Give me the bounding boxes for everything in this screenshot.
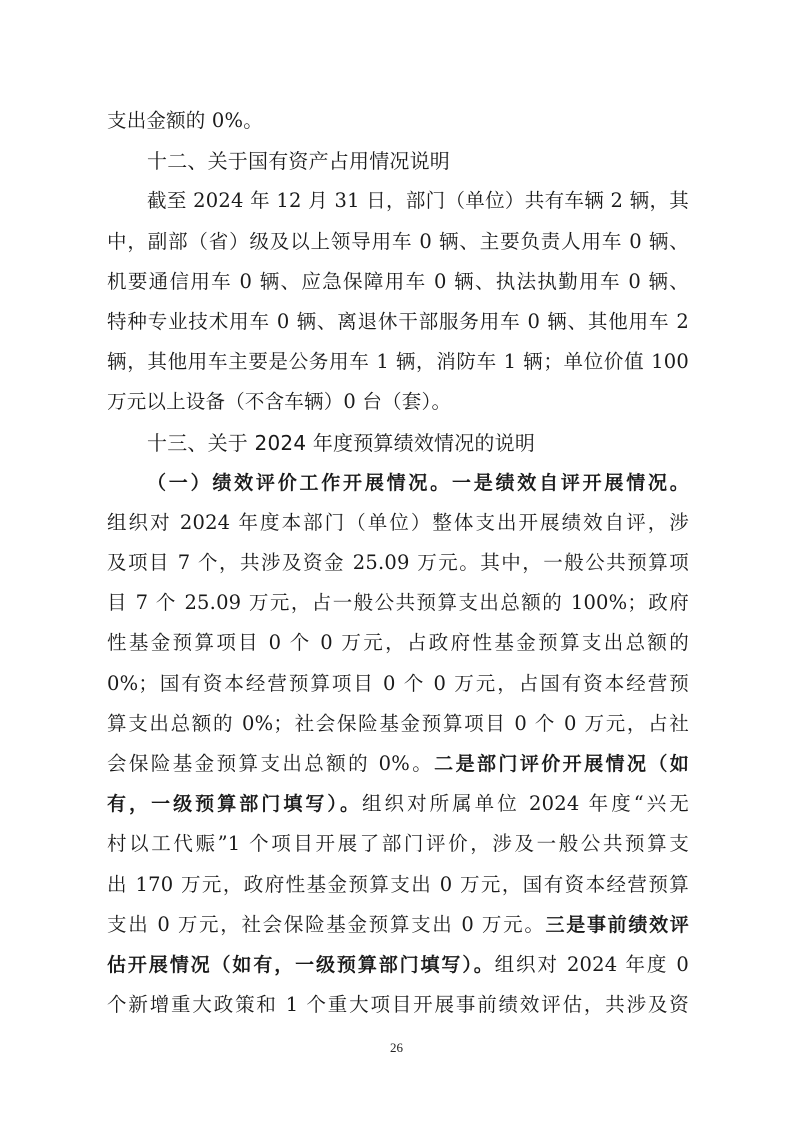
text: 组织对 2024 年度本部门（单位）整体支出开展绩效自评，涉 [107, 511, 689, 534]
paragraph-line: 组织对 2024 年度本部门（单位）整体支出开展绩效自评，涉 [107, 503, 689, 543]
bold-text: 估开展情况（如有，一级预算部门填写）。 [107, 954, 495, 976]
paragraph-line: 村以工代赈”1 个项目开展了部门评价，涉及一般公共预算支 [107, 824, 689, 864]
page-number: 26 [0, 1040, 793, 1056]
paragraph-line: （一）绩效评价工作开展情况。一是绩效自评开展情况。 [107, 463, 689, 503]
paragraph-line: 会保险基金预算支出总额的 0%。二是部门评价开展情况（如 [107, 744, 689, 784]
paragraph-line: 辆，其他用车主要是公务用车 1 辆，消防车 1 辆；单位价值 100 [107, 342, 689, 382]
text: 组织对所属单位 2024 年度“兴无 [362, 792, 689, 815]
paragraph-line: 0%；国有资本经营预算项目 0 个 0 万元，占国有资本经营预 [107, 664, 689, 704]
paragraph-line: 目 7 个 25.09 万元，占一般公共预算支出总额的 100%；政府 [107, 583, 689, 623]
text: 中，副部（省）级及以上领导用车 0 辆、主要负责人用车 0 辆、 [107, 230, 689, 253]
text: 会保险基金预算支出总额的 0%。 [107, 752, 434, 775]
text: 算支出总额的 0%；社会保险基金预算项目 0 个 0 万元，占社 [107, 712, 689, 735]
paragraph-line: 算支出总额的 0%；社会保险基金预算项目 0 个 0 万元，占社 [107, 704, 689, 744]
paragraph-line: 出 170 万元，政府性基金预算支出 0 万元，国有资本经营预算 [107, 865, 689, 905]
text: 支出 0 万元，社会保险基金预算支出 0 万元。 [107, 913, 546, 936]
paragraph-line: 及项目 7 个，共涉及资金 25.09 万元。其中，一般公共预算项 [107, 543, 689, 583]
paragraph-line: 性基金预算项目 0 个 0 万元，占政府性基金预算支出总额的 [107, 623, 689, 663]
text: 特种专业技术用车 0 辆、离退休干部服务用车 0 辆、其他用车 2 [107, 310, 689, 333]
text: 个新增重大政策和 1 个重大项目开展事前绩效评估，共涉及资 [107, 993, 689, 1016]
section-heading: 十二、关于国有资产占用情况说明 [107, 141, 689, 181]
paragraph-line: 中，副部（省）级及以上领导用车 0 辆、主要负责人用车 0 辆、 [107, 222, 689, 262]
paragraph-line: 特种专业技术用车 0 辆、离退休干部服务用车 0 辆、其他用车 2 [107, 302, 689, 342]
text: 截至 2024 年 12 月 31 日，部门（单位）共有车辆 2 辆，其 [147, 189, 689, 212]
bold-text: （一）绩效评价工作开展情况。一是绩效自评开展情况。 [147, 472, 689, 494]
text: 0%；国有资本经营预算项目 0 个 0 万元，占国有资本经营预 [107, 672, 689, 695]
text: 十三、关于 2024 年度预算绩效情况的说明 [147, 431, 535, 455]
paragraph-line: 截至 2024 年 12 月 31 日，部门（单位）共有车辆 2 辆，其 [107, 181, 689, 221]
paragraph-line: 估开展情况（如有，一级预算部门填写）。组织对 2024 年度 0 [107, 945, 689, 985]
bold-text: 三是事前绩效评 [546, 914, 689, 936]
paragraph-line: 个新增重大政策和 1 个重大项目开展事前绩效评估，共涉及资 [107, 985, 689, 1025]
paragraph-line: 支出金额的 0%。 [107, 101, 689, 141]
text: 万元以上设备（不含车辆）0 台（套）。 [107, 390, 451, 413]
document-body: 支出金额的 0%。十二、关于国有资产占用情况说明截至 2024 年 12 月 3… [107, 101, 689, 1025]
paragraph-line: 有，一级预算部门填写）。组织对所属单位 2024 年度“兴无 [107, 784, 689, 824]
text: 十二、关于国有资产占用情况说明 [147, 149, 450, 173]
bold-text: 有，一级预算部门填写）。 [107, 793, 362, 815]
paragraph-line: 机要通信用车 0 辆、应急保障用车 0 辆、执法执勤用车 0 辆、 [107, 262, 689, 302]
paragraph-line: 支出 0 万元，社会保险基金预算支出 0 万元。三是事前绩效评 [107, 905, 689, 945]
text: 辆，其他用车主要是公务用车 1 辆，消防车 1 辆；单位价值 100 [107, 350, 689, 373]
text: 组织对 2024 年度 0 [495, 953, 689, 976]
text: 及项目 7 个，共涉及资金 25.09 万元。其中，一般公共预算项 [107, 551, 689, 574]
text: 性基金预算项目 0 个 0 万元，占政府性基金预算支出总额的 [107, 631, 689, 654]
text: 机要通信用车 0 辆、应急保障用车 0 辆、执法执勤用车 0 辆、 [107, 270, 689, 293]
text: 出 170 万元，政府性基金预算支出 0 万元，国有资本经营预算 [107, 873, 689, 896]
bold-text: 二是部门评价开展情况（如 [434, 753, 689, 775]
text: 支出金额的 0%。 [107, 109, 263, 132]
section-heading: 十三、关于 2024 年度预算绩效情况的说明 [107, 423, 689, 463]
paragraph-line: 万元以上设备（不含车辆）0 台（套）。 [107, 382, 689, 422]
text: 村以工代赈”1 个项目开展了部门评价，涉及一般公共预算支 [107, 832, 689, 855]
text: 目 7 个 25.09 万元，占一般公共预算支出总额的 100%；政府 [107, 591, 689, 614]
